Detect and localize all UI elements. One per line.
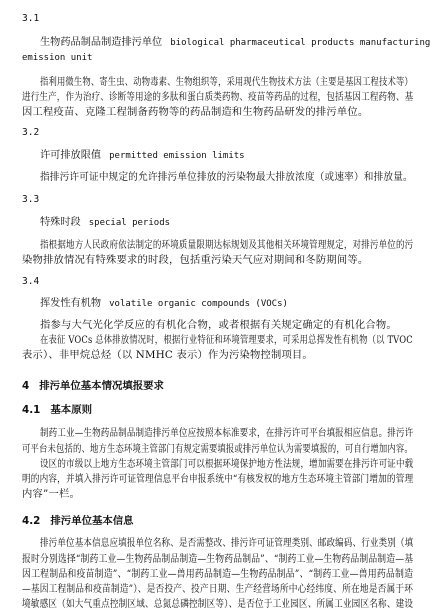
document-page: 3.1 生物药品制品制造排污单位biological pharmaceutica… [0,0,435,611]
paragraph-line: 明的内容，并填入排污许可证管理信息平台申报系统中“有核发权的地方生态环境主管部门… [22,473,413,486]
paragraph-line: 排污单位基本信息应填报单位名称、是否需整改、排污许可证管理类别、邮政编码、行业类… [40,537,413,550]
paragraph-line: 可平台未包括的、地方生态环境主管部门有规定需要填报或排污单位认为需要填报的，可自… [22,443,413,456]
heading-number: 4.1 [22,404,40,416]
definition-line: 因工程疫苗、克隆工程制备药物等的药品制造和生物药品研发的排污单位。 [22,106,368,119]
heading-title: 排污单位基本信息 [50,515,133,527]
paragraph-line: 报时分别选择“制药工业—生物药品制品制造—生物药品制品”、“制药工业—生物药品制… [22,553,413,566]
section-heading-4-1: 4.1基本原则 [22,404,92,417]
term-cn: 特殊时段 [40,217,81,228]
section-number-3-2: 3.2 [22,126,39,139]
definition-line: 指参与大气光化学反应的有机化合物，或者根据有关规定确定的有机化合物。 [40,319,397,332]
paragraph-line: 内容”一栏。 [22,488,80,501]
definition-line: 在表征 VOCs 总体排放情况时，根据行业特征和环境管理要求，可采用总挥发性有机… [40,334,413,347]
paragraph-line: —基因工程制品和疫苗制造”）、是否投产、投产日期、生产经营场所中心经纬度、所在地… [22,583,413,596]
paragraph-line: 设区的市级以上地方生态环境主管部门可以根据环境保护地方性法规，增加需要在排污许可… [40,458,413,471]
definition-line: 指利用微生物、寄生虫、动物毒素、生物组织等，采用现代生物技术方法（主要是基因工程… [40,76,413,89]
section-heading-4-2: 4.2排污单位基本信息 [22,515,134,528]
heading-title: 基本原则 [50,404,92,416]
term-3-2: 许可排放限值permitted emission limits [40,149,245,163]
term-en: special periods [89,218,170,228]
section-number-3-1: 3.1 [22,12,39,25]
term-en: permitted emission limits [109,151,244,161]
term-cn: 许可排放限值 [40,150,101,161]
paragraph-line: 境敏感区（如大气重点控制区域、总氮总磷控制区等）、是否位于工业园区、所属工业园区… [22,598,413,611]
term-en: biological pharmaceutical products manuf… [170,38,435,48]
heading-number: 4 [22,380,29,392]
paragraph-line: 制药工业—生物药品制品制造排污单位应按照本标准要求，在排污许可平台填报相应信息。… [40,427,413,440]
term-3-1: 生物药品制品制造排污单位biological pharmaceutical pr… [40,36,435,50]
section-number-3-4: 3.4 [22,275,39,288]
definition-line: 表示）、非甲烷总烃（以 NMHC 表示）作为污染物控制项目。 [22,349,313,362]
definition-line: 进行生产，作为治疗、诊断等用途的多肽和蛋白质类药物、疫苗等药品的过程，包括基因工… [22,91,413,104]
heading-number: 4.2 [22,515,40,527]
definition-line: 指根据地方人民政府依法制定的环境质量限期达标规划及其他相关环境管理规定，对排污单… [40,239,413,252]
term-cn: 挥发性有机物 [40,298,101,309]
heading-title: 排污单位基本情况填报要求 [39,380,164,392]
term-cn: 生物药品制品制造排污单位 [40,37,162,48]
term-3-4: 挥发性有机物volatile organic compounds (VOCs) [40,297,288,311]
definition-line: 染物排放情况有特殊要求的时段，包括重污染天气应对期间和冬防期间等。 [22,254,368,267]
term-en-continuation: emission unit [22,52,92,65]
definition-line: 指排污许可证中规定的允许排污单位排放的污染物最大排放浓度（或速率）和排放量。 [40,171,413,184]
paragraph-line: 因工程制品和疫苗制造”、“制药工业—兽用药品制造—生物药品制品”、“制药工业—兽… [22,568,413,581]
term-en: volatile organic compounds (VOCs) [109,299,288,309]
chapter-heading-4: 4排污单位基本情况填报要求 [22,380,164,393]
term-3-3: 特殊时段special periods [40,216,170,230]
section-number-3-3: 3.3 [22,193,39,206]
